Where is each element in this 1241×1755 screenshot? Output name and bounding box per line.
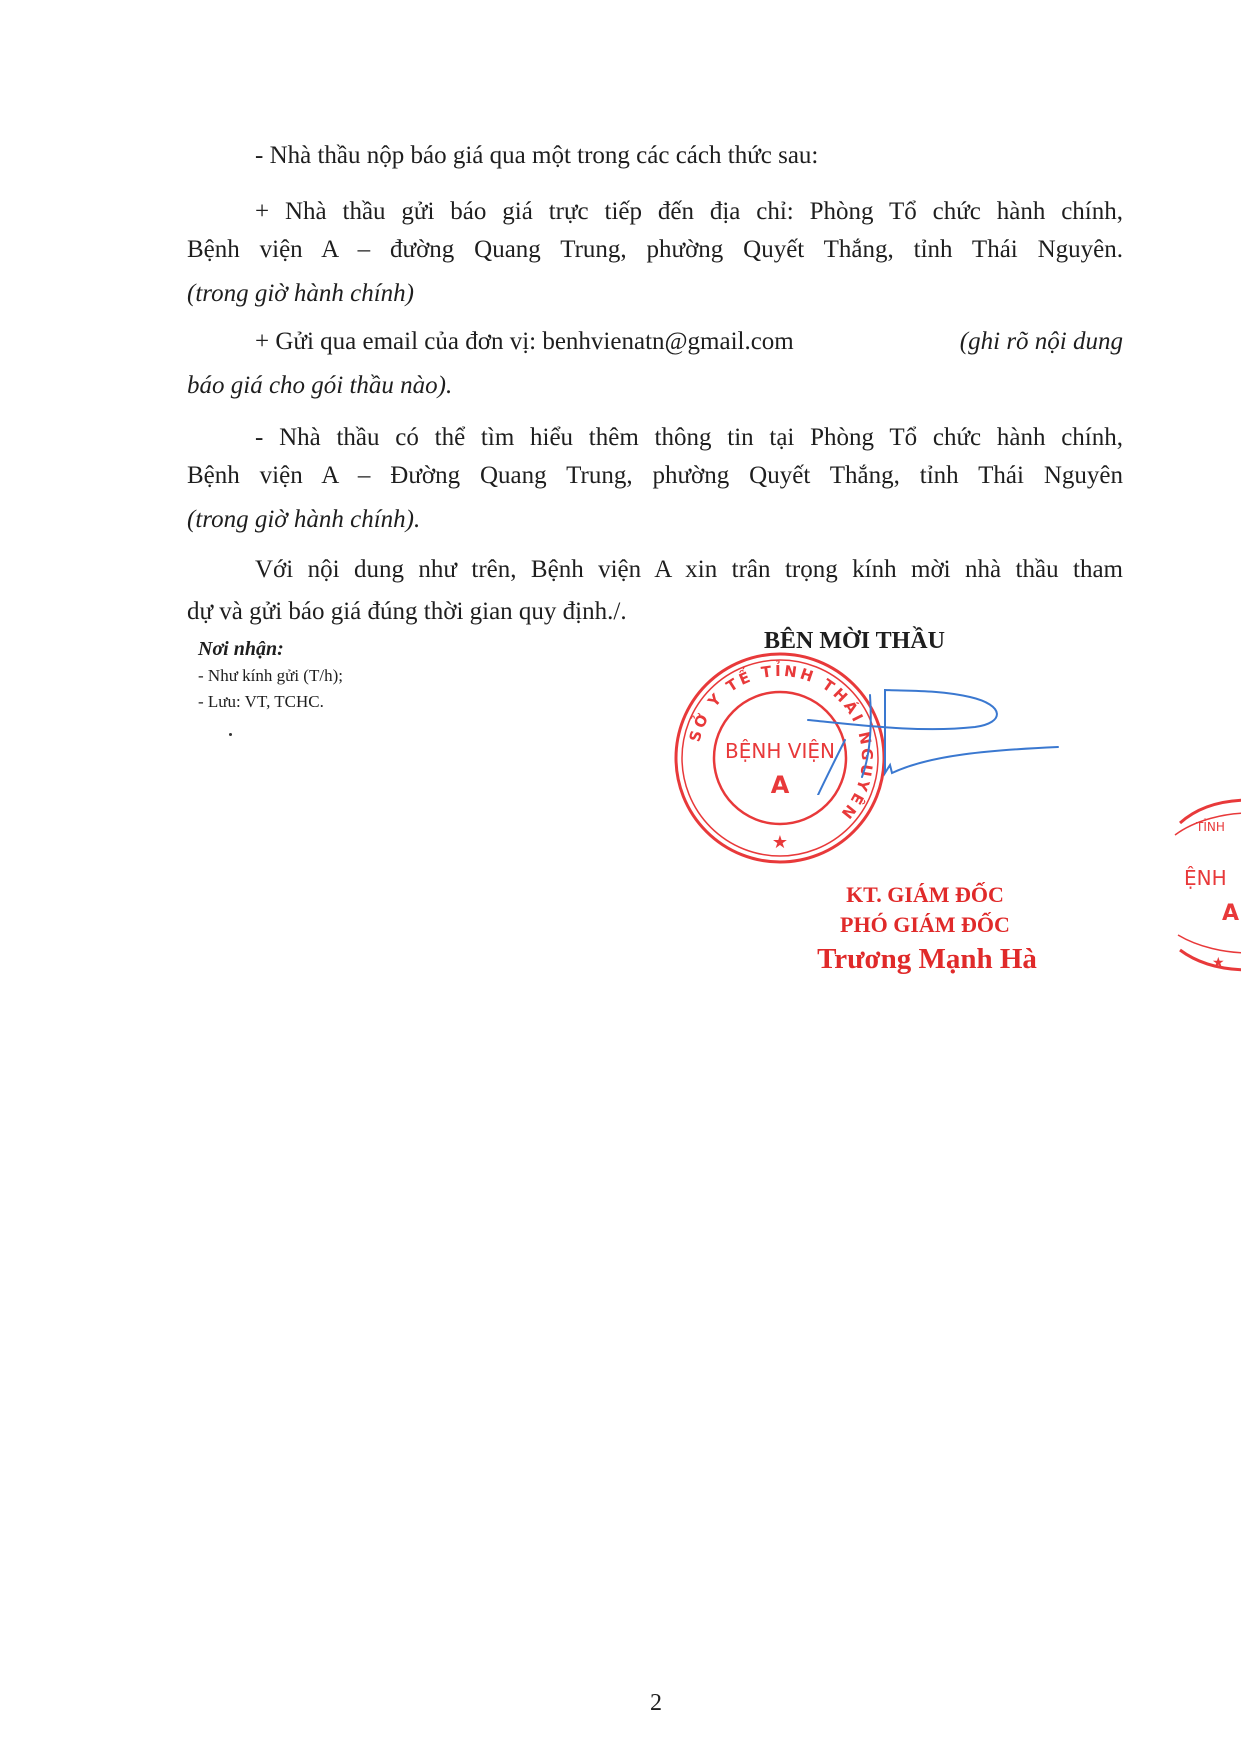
paragraph-invitation-line2: dự và gửi báo giá đúng thời gian quy địn… [187,598,627,626]
signature-title-line1: KT. GIÁM ĐỐC [775,882,1075,908]
signer-name: Trương Mạnh Hà [762,943,1092,976]
stray-dot [229,733,232,736]
paragraph-email-line1: + Gửi qua email của đơn vị: benhvienatn@… [255,328,1123,356]
svg-text:A: A [1222,901,1239,926]
recipients-title: Nơi nhận: [198,638,284,661]
svg-text:★: ★ [772,832,788,852]
paragraph-email-line2: báo giá cho gói thầu nào). [187,372,452,400]
paragraph-submission-methods: - Nhà thầu nộp báo giá qua một trong các… [255,142,818,170]
svg-text:TỈNH: TỈNH [1195,818,1225,834]
page-number: 2 [650,1690,662,1717]
svg-text:ỆNH: ỆNH [1184,866,1227,890]
edge-seal-icon: TỈNH ỆNH A ★ [1170,775,1241,985]
recipient-item: - Lưu: VT, TCHC. [198,692,324,712]
paragraph-more-info-line2: Bệnh viện A – Đường Quang Trung, phường … [187,462,1123,490]
paragraph-invitation-line1: Với nội dung như trên, Bệnh viện A xin t… [255,556,1123,584]
handwritten-signature-icon [800,685,1060,795]
paragraph-direct-delivery-hours: (trong giờ hành chính) [187,280,414,308]
paragraph-direct-delivery-line2: Bệnh viện A – đường Quang Trung, phường … [187,236,1123,264]
svg-text:A: A [771,771,790,799]
email-note-text: (ghi rõ nội dung [960,328,1123,356]
svg-text:★: ★ [1212,956,1225,971]
recipient-item: - Như kính gửi (T/h); [198,666,343,686]
paragraph-more-info-line1: - Nhà thầu có thể tìm hiểu thêm thông ti… [255,424,1123,452]
email-instruction-text: + Gửi qua email của đơn vị: benhvienatn@… [255,328,794,356]
paragraph-more-info-hours: (trong giờ hành chính). [187,506,420,534]
paragraph-direct-delivery-line1: + Nhà thầu gửi báo giá trực tiếp đến địa… [255,198,1123,226]
signature-title-line2: PHÓ GIÁM ĐỐC [775,912,1075,938]
